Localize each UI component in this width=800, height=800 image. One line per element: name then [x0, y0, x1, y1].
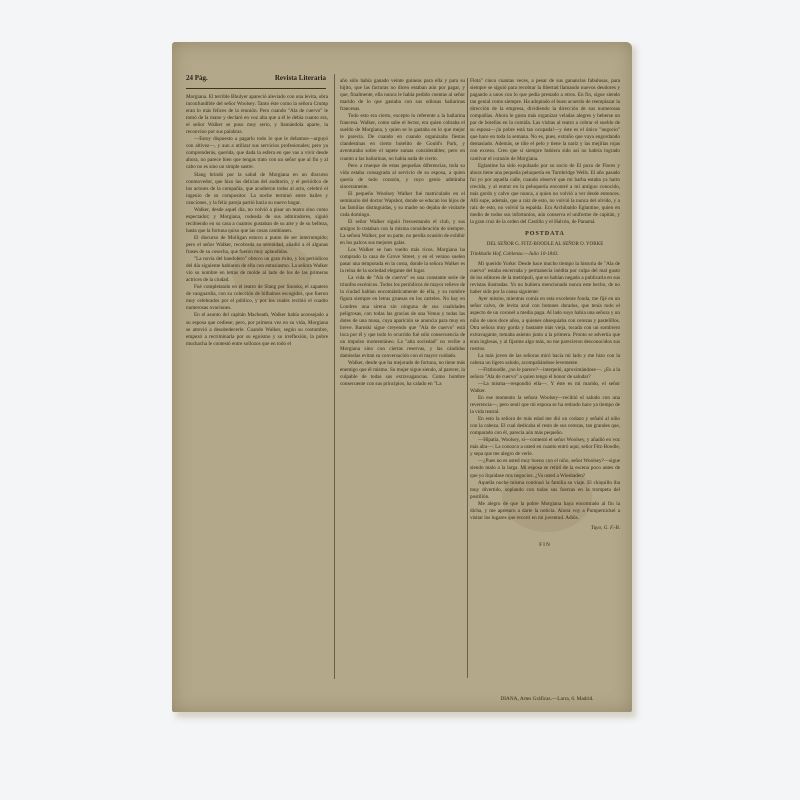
paragraph: Pero a trueque de estas pequeñas diferen…	[340, 163, 465, 191]
column-divider	[334, 74, 335, 679]
paragraph: Me alegro de que la pobre Morgiana haya …	[470, 501, 620, 522]
paragraph: "La novia del bandolero" obtuvo un gran …	[186, 256, 328, 284]
signature: Tuyo, G. F.-B.	[470, 525, 620, 532]
paragraph: La vida de "Ala de cuervo" es una consta…	[340, 275, 465, 360]
printer-imprint: DIANA, Artes Gráficas.—Larra, 6. Madrid.	[472, 696, 622, 702]
paragraph: Flota" cinco cuantas veces, a pesar de s…	[470, 78, 620, 163]
paragraph: El señor Walker siguió frecuentando el c…	[340, 219, 465, 247]
paragraph: —Fitzboodle, ¿no le parece?—interpeló, a…	[470, 367, 620, 381]
paragraph: —Estoy dispuesto a pagarlo todo lo que l…	[186, 136, 328, 171]
paragraph: En el asunto del capitán Macheath, Walke…	[186, 312, 328, 347]
paragraph: Aquella noche misma continuó la familia …	[470, 480, 620, 501]
paragraph: Walker, desde que ha mejorado de fortuna…	[340, 360, 465, 388]
paragraph: Mi querido Yorke: Desde hace mucho tiemp…	[470, 261, 620, 296]
paragraph: En esto la señora de más edad me dió un …	[470, 416, 620, 437]
paragraph: Ayer mismo, mientras comía en esta excel…	[470, 296, 620, 352]
publication-title: Revista Literaria	[275, 74, 326, 88]
left-column: Morgiana. El terrible Bhulyer apareció a…	[186, 94, 328, 624]
postdata-title: POSTDATA	[470, 231, 620, 238]
paragraph: —Hipatia, Woolsey, sí—contestó el señor …	[470, 437, 620, 458]
right-column: Flota" cinco cuantas veces, a pesar de s…	[470, 78, 620, 598]
postdata-dateline: Trinkhalle Hof, Coblenza.—Julio 10-1843.	[470, 251, 620, 258]
paragraph: Los Walker se han vuelto más ricos. Morg…	[340, 247, 465, 275]
magazine-page: 24 Pág. Revista Literaria Morgiana. El t…	[172, 42, 632, 712]
paragraph: Fué completando en el teatro de Slang po…	[186, 284, 328, 312]
page-header: 24 Pág. Revista Literaria	[186, 74, 326, 89]
column-divider	[467, 78, 468, 678]
paragraph: Slang brindó por la salud de Morgiana en…	[186, 172, 328, 207]
paragraph: —La misma—respondió ella—. Y éste es mi …	[470, 381, 620, 395]
page-number: 24 Pág.	[186, 74, 208, 88]
postdata-subtitle: DEL SEÑOR G. FITZ-BOODLE AL SEÑOR O. YOR…	[470, 241, 620, 248]
paragraph: El pequeño Woolsey Walker fué matriculad…	[340, 191, 465, 219]
paragraph: Morgiana. El terrible Bhulyer apareció a…	[186, 94, 328, 136]
paragraph: En ese momento la señora Woolsey—recibió…	[470, 395, 620, 416]
paragraph: El discurso de Mulligan estuvo a punto d…	[186, 235, 328, 256]
end-mark: FIN	[470, 542, 620, 549]
middle-column: año sólo había ganado veinte guineas par…	[340, 78, 465, 678]
paragraph: —¿Pues no es usted muy bueno con el niño…	[470, 458, 620, 479]
paragraph: Eglantine ha sido expulsado por su socio…	[470, 163, 620, 226]
paragraph: año sólo había ganado veinte guineas par…	[340, 78, 465, 113]
paragraph: Walker, desde aquel día, no volvió a pis…	[186, 207, 328, 235]
paragraph: Todo esto era cierto, excepto lo referen…	[340, 113, 465, 162]
paragraph: La más joven de las señoras miró hacia m…	[470, 353, 620, 367]
